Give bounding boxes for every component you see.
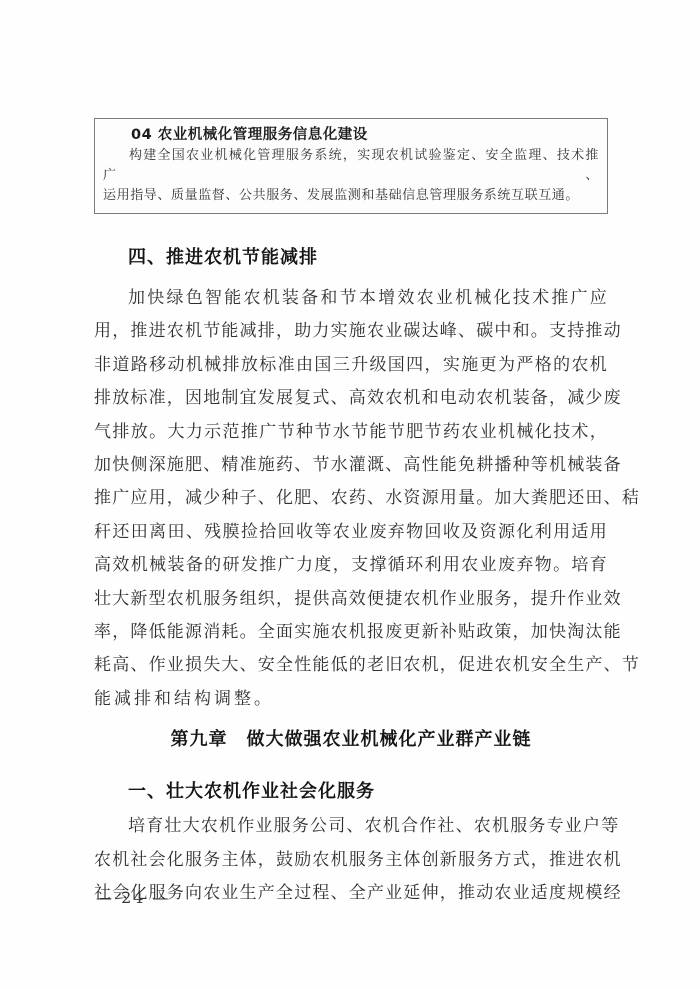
paragraph-line: 推广应用，减少种子、化肥、农药、水资源用量。加大粪肥还田、秸 [94,482,608,515]
paragraph-line: 率，降低能源消耗。全面实施农机报废更新补贴政策，加快淘汰能 [94,616,608,649]
paragraph-line: 农机社会化服务主体，鼓励农机服务主体创新服务方式，推进农机 [94,844,608,877]
paragraph-line: 加快绿色智能农机装备和节本增效农业机械化技术推广应 [94,282,608,315]
paragraph-line: 能减排和结构调整。 [94,683,608,716]
section-heading-4: 四、推进农机节能减排 [94,246,608,270]
document-page: 04 农业机械化管理服务信息化建设 构建全国农业机械化管理服务系统，实现农机试验… [0,0,700,989]
section-heading-1: 一、壮大农机作业社会化服务 [94,780,608,804]
paragraph-line: 高效机械装备的研发推广力度，支撑循环利用农业废弃物。培育 [94,549,608,582]
paragraph-line: 秆还田离田、残膜捡拾回收等农业废弃物回收及资源化利用适用 [94,516,608,549]
paragraph-line: 用，推进农机节能减排，助力实施农业碳达峰、碳中和。支持推动 [94,315,608,348]
chapter-heading: 第九章 做大做强农业机械化产业群产业链 [94,728,608,752]
box-text-line: 运用指导、质量监督、公共服务、发展监测和基础信息管理服务系统互联互通。 [103,186,599,206]
paragraph-line: 排放标准，因地制宜发展复式、高效农机和电动农机装备，减少废 [94,382,608,415]
box-text-line: 构建全国农业机械化管理服务系统，实现农机试验鉴定、安全监理、技术推广、 [103,146,599,186]
paragraph-line: 社会化服务向农业生产全过程、全产业延伸，推动农业适度规模经 [94,877,608,910]
highlight-box: 04 农业机械化管理服务信息化建设 构建全国农业机械化管理服务系统，实现农机试验… [94,118,608,214]
paragraph-line: 气排放。大力示范推广节种节水节能节肥节药农业机械化技术， [94,416,608,449]
page-number: — 24 — [96,888,171,907]
paragraph-line: 壮大新型农机服务组织，提供高效便捷农机作业服务，提升作业效 [94,583,608,616]
paragraph-line: 培育壮大农机作业服务公司、农机合作社、农机服务专业户等 [94,810,608,843]
paragraph-socialized-service: 培育壮大农机作业服务公司、农机合作社、农机服务专业户等 农机社会化服务主体，鼓励… [94,810,608,910]
box-title: 04 农业机械化管理服务信息化建设 [103,124,599,146]
paragraph-line: 非道路移动机械排放标准由国三升级国四，实施更为严格的农机 [94,349,608,382]
paragraph-line: 耗高、作业损失大、安全性能低的老旧农机，促进农机安全生产、节 [94,649,608,682]
paragraph-energy-saving: 加快绿色智能农机装备和节本增效农业机械化技术推广应 用，推进农机节能减排，助力实… [94,282,608,716]
paragraph-line: 加快侧深施肥、精准施药、节水灌溉、高性能免耕播种等机械装备 [94,449,608,482]
